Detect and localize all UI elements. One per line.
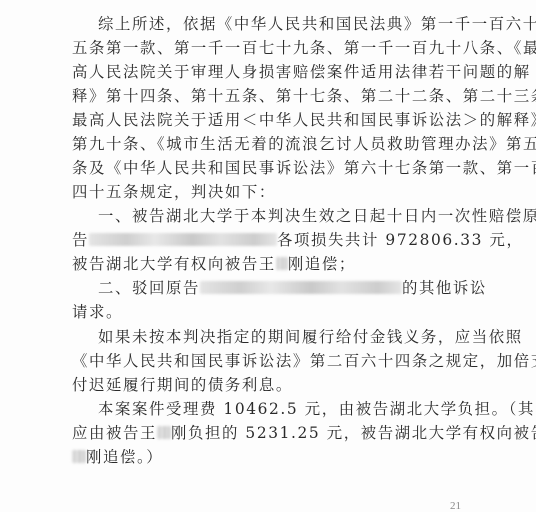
redacted-name-block xyxy=(72,450,86,463)
text-suffix: 刚追偿； xyxy=(288,255,356,273)
paragraph-line: 第九十条、《城市生活无着的流浪乞讨人员救助管理办法》第五 xyxy=(72,133,464,155)
redacted-name-block xyxy=(89,233,277,246)
judgment-item-2-line: 请求。 xyxy=(72,301,464,323)
text-prefix: 二、驳回原告 xyxy=(98,279,200,297)
text-prefix: 应由被告王 xyxy=(72,424,157,442)
judgment-item-1-line: 告各项损失共计 972806.33 元， xyxy=(72,229,464,251)
document-page: 综上所述，依据《中华人民共和国民法典》第一千一百六十 五条第一款、第一千一百七十… xyxy=(0,0,536,512)
text-suffix: 的其他诉讼 xyxy=(402,279,487,297)
redacted-name-block xyxy=(157,426,171,439)
text-suffix: 刚追偿。） xyxy=(86,448,163,466)
paragraph-line: 条及《中华人民共和国民事诉讼法》第六十七条第一款、第一百 xyxy=(72,157,464,179)
paragraph-line: 释》第十四条、第十五条、第十七条、第二十二条、第二十三条、 xyxy=(72,85,464,107)
judgment-item-2: 二、驳回原告的其他诉讼 xyxy=(98,277,464,299)
case-fee-line: 本案案件受理费 10462.5 元，由被告湖北大学负担。（其中 xyxy=(98,398,464,420)
paragraph-line: 五条第一款、第一千一百七十九条、第一千一百九十八条、《最 xyxy=(72,37,464,59)
paragraph-line: 如果未按本判决指定的期间履行给付金钱义务，应当依照 xyxy=(98,326,464,348)
redacted-name-block xyxy=(200,281,402,294)
paragraph-line: 高人民法院关于审理人身损害赔偿案件适用法律若干问题的解 xyxy=(72,61,464,83)
judgment-item-1-line: 被告湖北大学有权向被告王刚追偿； xyxy=(72,253,464,275)
paragraph-line: 《中华人民共和国民事诉讼法》第二百六十四条之规定，加倍支 xyxy=(72,350,464,372)
paragraph-line: 付迟延履行期间的债务利息。 xyxy=(72,374,464,396)
redacted-name-block xyxy=(276,257,288,270)
page-number: 21 xyxy=(450,500,461,512)
case-fee-line: 应由被告王刚负担的 5231.25 元，被告湖北大学有权向被告王 xyxy=(72,422,464,444)
case-fee-line: 刚追偿。） xyxy=(72,446,464,468)
paragraph-line: 四十五条规定，判决如下： xyxy=(72,181,464,203)
paragraph-line: 最高人民法院关于适用＜中华人民共和国民事诉讼法＞的解释》 xyxy=(72,109,464,131)
text-prefix: 被告湖北大学有权向被告王 xyxy=(72,255,276,273)
text-suffix: 刚负担的 5231.25 元，被告湖北大学有权向被告王 xyxy=(171,424,536,442)
text-suffix: 各项损失共计 972806.33 元， xyxy=(277,231,524,249)
text-prefix: 告 xyxy=(72,231,89,249)
paragraph-line: 综上所述，依据《中华人民共和国民法典》第一千一百六十 xyxy=(98,13,464,35)
judgment-item-1: 一、被告湖北大学于本判决生效之日起十日内一次性赔偿原 xyxy=(98,205,464,227)
